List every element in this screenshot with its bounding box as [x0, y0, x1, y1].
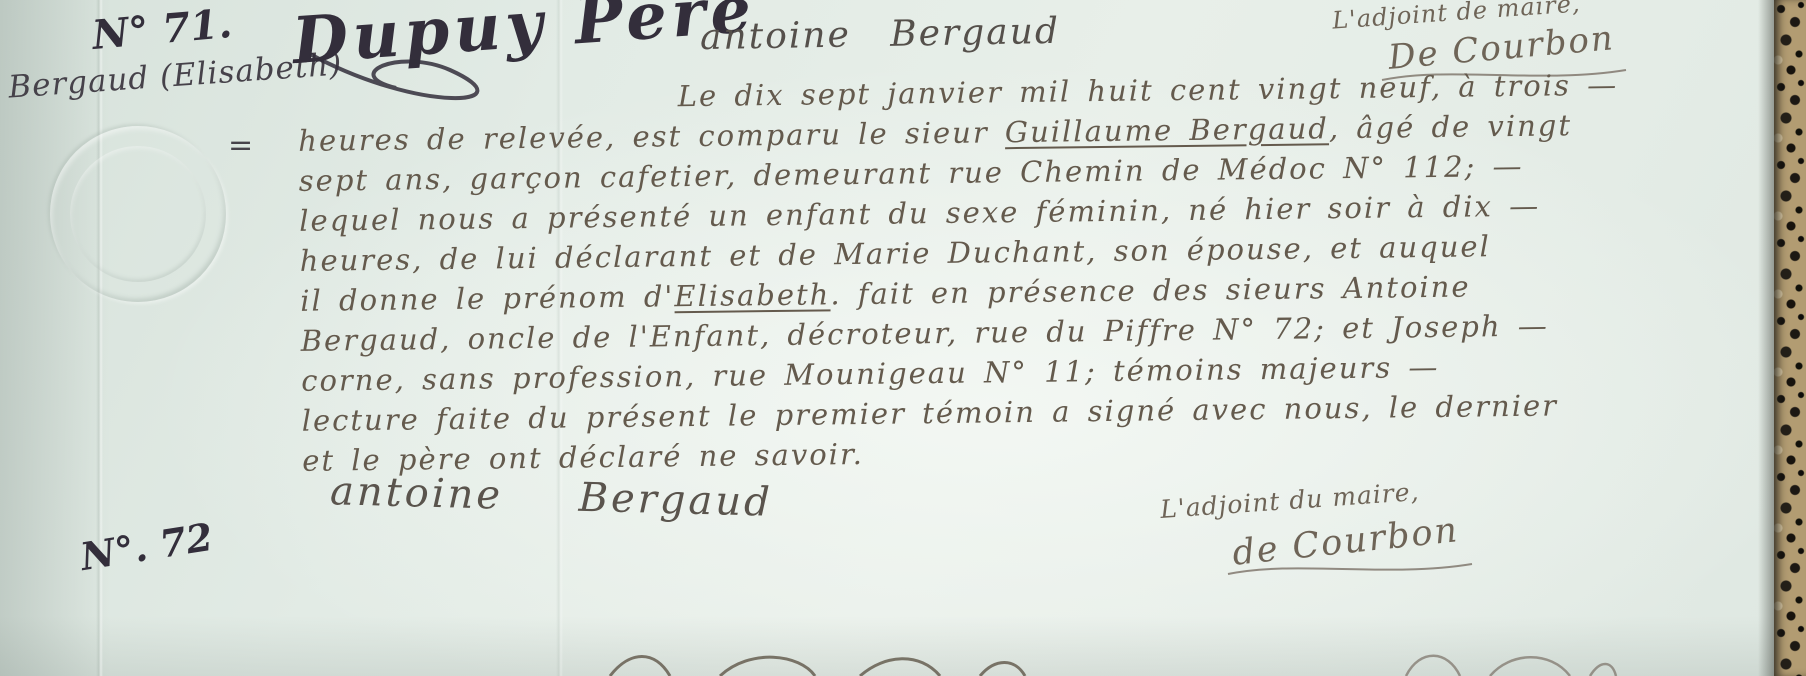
marbled-binding-edge — [1774, 0, 1806, 676]
margin-act-number: N° 71. — [90, 0, 234, 59]
signature-antoine-bergaud-top: antoine Bergaud — [700, 11, 1061, 58]
cutoff-writing-fragment — [600, 648, 1030, 676]
signature-underline-flourish — [1226, 560, 1476, 584]
register-page-scan: N° 71. Bergaud (Elisabeth) = N°. 72 Dupu… — [0, 0, 1806, 676]
official-title-bottom: L'adjoint du maire, — [1159, 477, 1420, 524]
margin-ditto-mark: = — [228, 128, 253, 163]
cutoff-writing-fragment — [1400, 640, 1620, 676]
act-text-block: Le dix sept janvier mil huit cent vingt … — [298, 68, 1583, 484]
embossed-revenue-seal — [50, 126, 226, 302]
page-edge-shadow — [1758, 0, 1774, 676]
